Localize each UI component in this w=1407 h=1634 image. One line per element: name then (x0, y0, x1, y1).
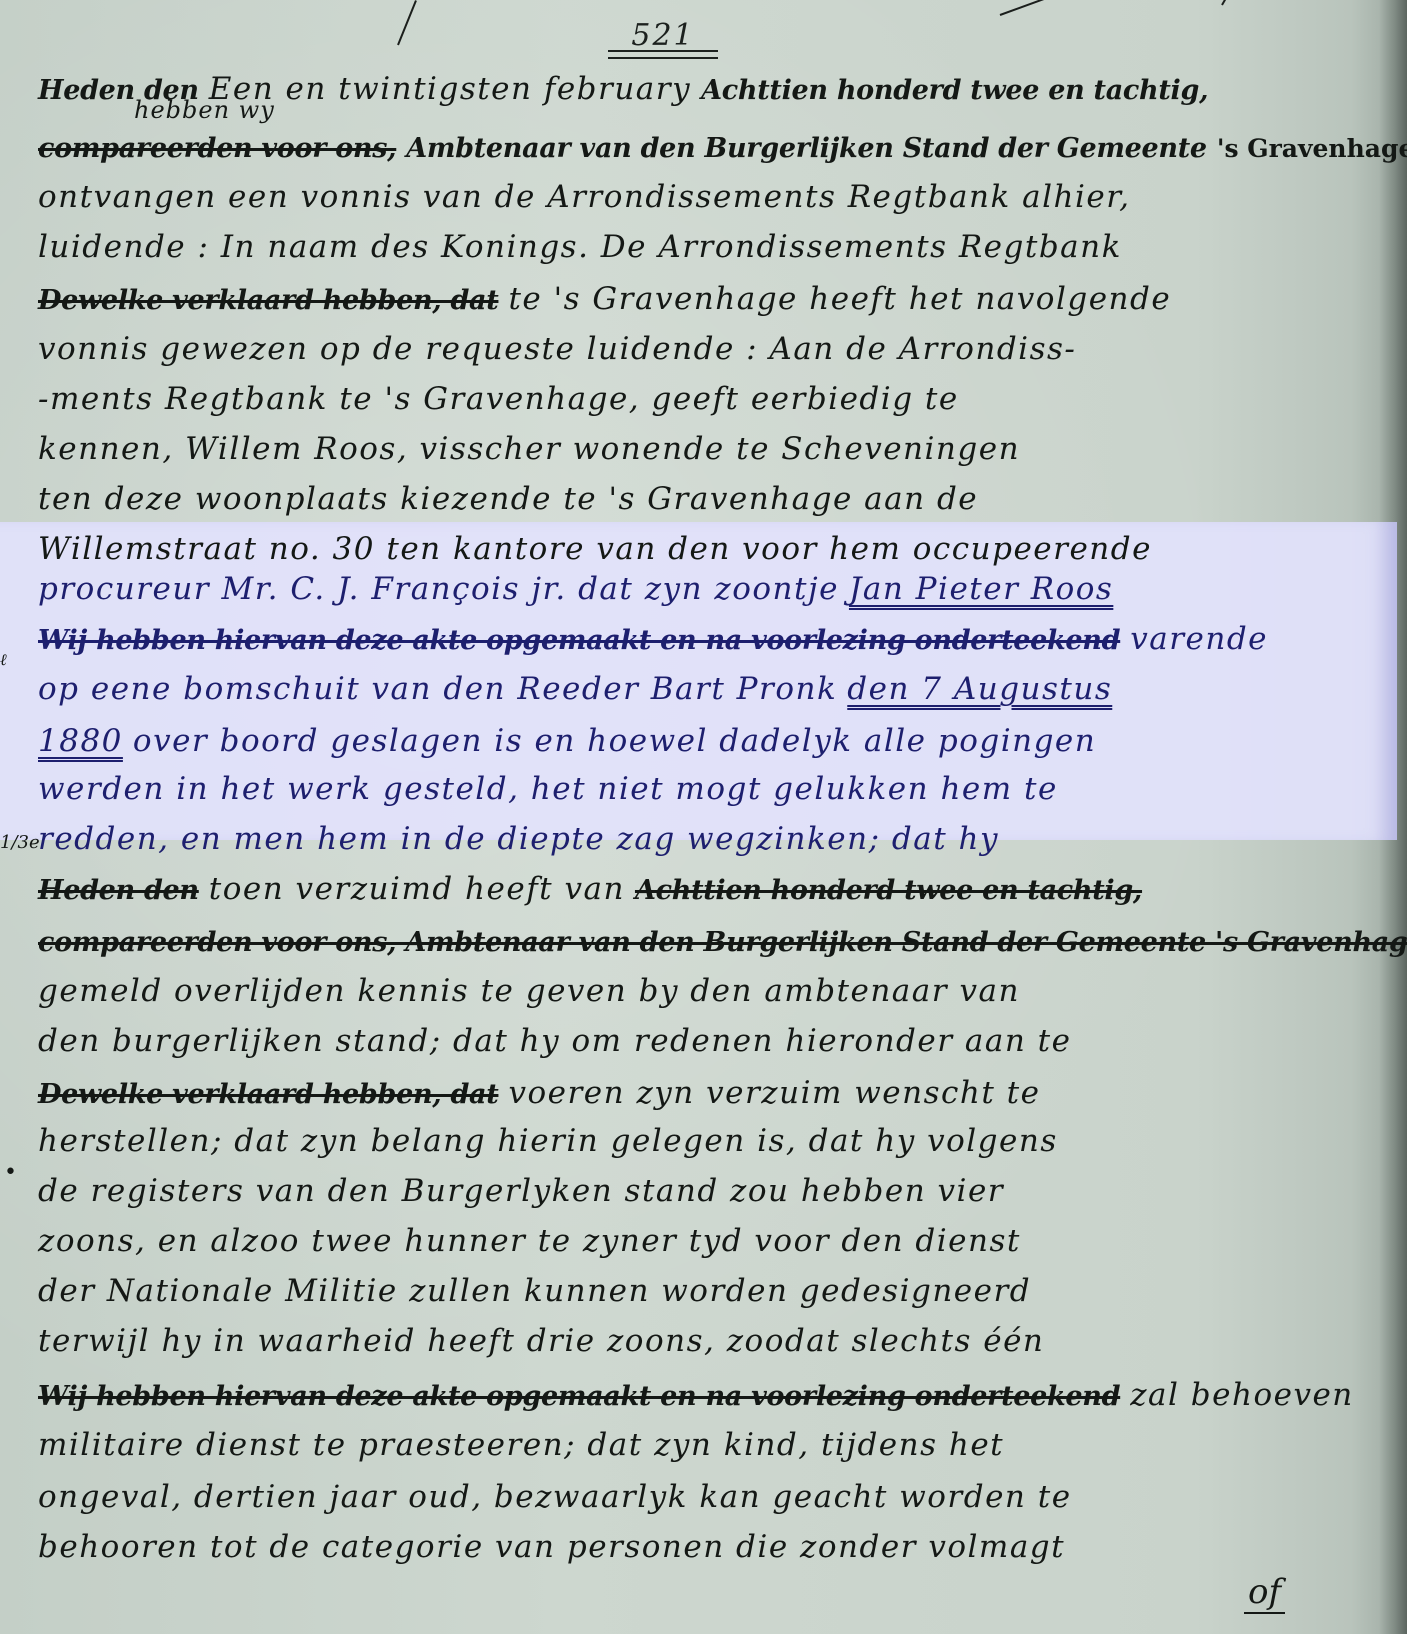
closing-mark: of (1244, 1572, 1285, 1614)
handwritten-text: militaire dienst te praesteeren; dat zyn… (38, 1427, 1004, 1463)
handwritten-text: op eene bomschuit van den Reeder Bart Pr… (38, 671, 837, 707)
handwritten-text: den 7 Augustus (847, 671, 1112, 707)
handwritten-text: herstellen; dat zyn belang hierin gelege… (38, 1123, 1058, 1159)
printed-text: 's Gravenhage, (1217, 134, 1407, 163)
document-line: op eene bomschuit van den Reeder Bart Pr… (38, 660, 1358, 718)
handwritten-text: ten deze woonplaats kiezende te 's Grave… (38, 481, 978, 517)
struck-text: Dewelke verklaard hebben, dat (38, 285, 498, 316)
printed-text: Ambtenaar van den Burgerlijken Stand der… (406, 133, 1207, 164)
document-line: Heden dentoen verzuimd heeft vanAchttien… (38, 860, 1358, 918)
document-line: terwijl hy in waarheid heeft drie zoons,… (38, 1312, 1358, 1370)
handwritten-text: redden, en men hem in de diepte zag wegz… (38, 821, 999, 857)
struck-text: Wij hebben hiervan deze akte opgemaakt e… (38, 1381, 1120, 1412)
handwritten-text: te 's Gravenhage heeft het navolgende (508, 281, 1171, 317)
handwritten-text: de registers van den Burgerlyken stand z… (38, 1173, 1004, 1209)
handwritten-text: den burgerlijken stand; dat hy om redene… (38, 1023, 1071, 1059)
printed-text: Heden den (38, 75, 199, 106)
margin-dot: • (4, 1160, 17, 1185)
handwritten-text: ontvangen een vonnis van de Arrondisseme… (38, 179, 1131, 215)
struck-text: Achttien honderd twee en tachtig, (635, 875, 1142, 906)
struck-text: Dewelke verklaard hebben, dat (38, 1079, 498, 1110)
left-margin-mark: ℓ (0, 650, 7, 670)
document-line: luidende : In naam des Konings. De Arron… (38, 218, 1358, 276)
handwritten-text: Jan Pieter Roos (849, 571, 1113, 607)
handwritten-text: der Nationale Militie zullen kunnen word… (38, 1273, 1031, 1309)
document-line: militaire dienst te praesteeren; dat zyn… (38, 1416, 1358, 1474)
handwritten-text: Een en twintigsten february (209, 71, 691, 107)
document-line: Heden denEen en twintigsten februaryAcht… (38, 60, 1358, 118)
page-number: 521 (618, 18, 708, 53)
printed-text: Achttien honderd twee en tachtig, (701, 75, 1208, 106)
handwritten-text: procureur Mr. C. J. François jr. dat zyn… (38, 571, 839, 607)
handwritten-text: behooren tot de categorie van personen d… (38, 1529, 1065, 1565)
struck-text: Heden den (38, 875, 199, 906)
handwritten-text: ongeval, dertien jaar oud, bezwaarlyk ka… (38, 1479, 1072, 1515)
handwritten-text: toen verzuimd heeft van (209, 871, 625, 907)
handwritten-text: zoons, en alzoo twee hunner te zyner tyd… (38, 1223, 1021, 1259)
handwritten-text: werden in het werk gesteld, het niet mog… (38, 771, 1058, 807)
handwritten-text: 1880 (38, 723, 123, 759)
handwritten-text: kennen, Willem Roos, visscher wonende te… (38, 431, 1020, 467)
handwritten-text: vonnis gewezen op de requeste luidende :… (38, 331, 1076, 367)
ink-stroke (397, 0, 417, 45)
ink-stroke (1221, 0, 1235, 6)
handwritten-text: varende (1130, 621, 1268, 657)
handwritten-text: over boord geslagen is en hoewel dadelyk… (133, 723, 1096, 759)
page-number-underline (608, 50, 718, 59)
handwritten-text: voeren zyn verzuim wenscht te (508, 1075, 1040, 1111)
left-margin-note: 1/3e (0, 832, 40, 853)
document-line: behooren tot de categorie van personen d… (38, 1518, 1358, 1576)
handwritten-text: zal behoeven (1130, 1377, 1354, 1413)
struck-text: compareerden voor ons, (38, 133, 396, 164)
handwritten-text: -ments Regtbank te 's Gravenhage, geeft … (38, 381, 959, 417)
document-page: 521 hebben wy ℓ 1/3e • Heden denEen en t… (0, 0, 1407, 1634)
handwritten-text: gemeld overlijden kennis te geven by den… (38, 973, 1020, 1009)
handwritten-text: terwijl hy in waarheid heeft drie zoons,… (38, 1323, 1044, 1359)
ink-stroke (1000, 0, 1095, 16)
struck-text: compareerden voor ons, Ambtenaar van den… (38, 927, 1407, 958)
document-line: den burgerlijken stand; dat hy om redene… (38, 1012, 1358, 1070)
struck-text: Wij hebben hiervan deze akte opgemaakt e… (38, 625, 1120, 656)
handwritten-text: luidende : In naam des Konings. De Arron… (38, 229, 1122, 265)
